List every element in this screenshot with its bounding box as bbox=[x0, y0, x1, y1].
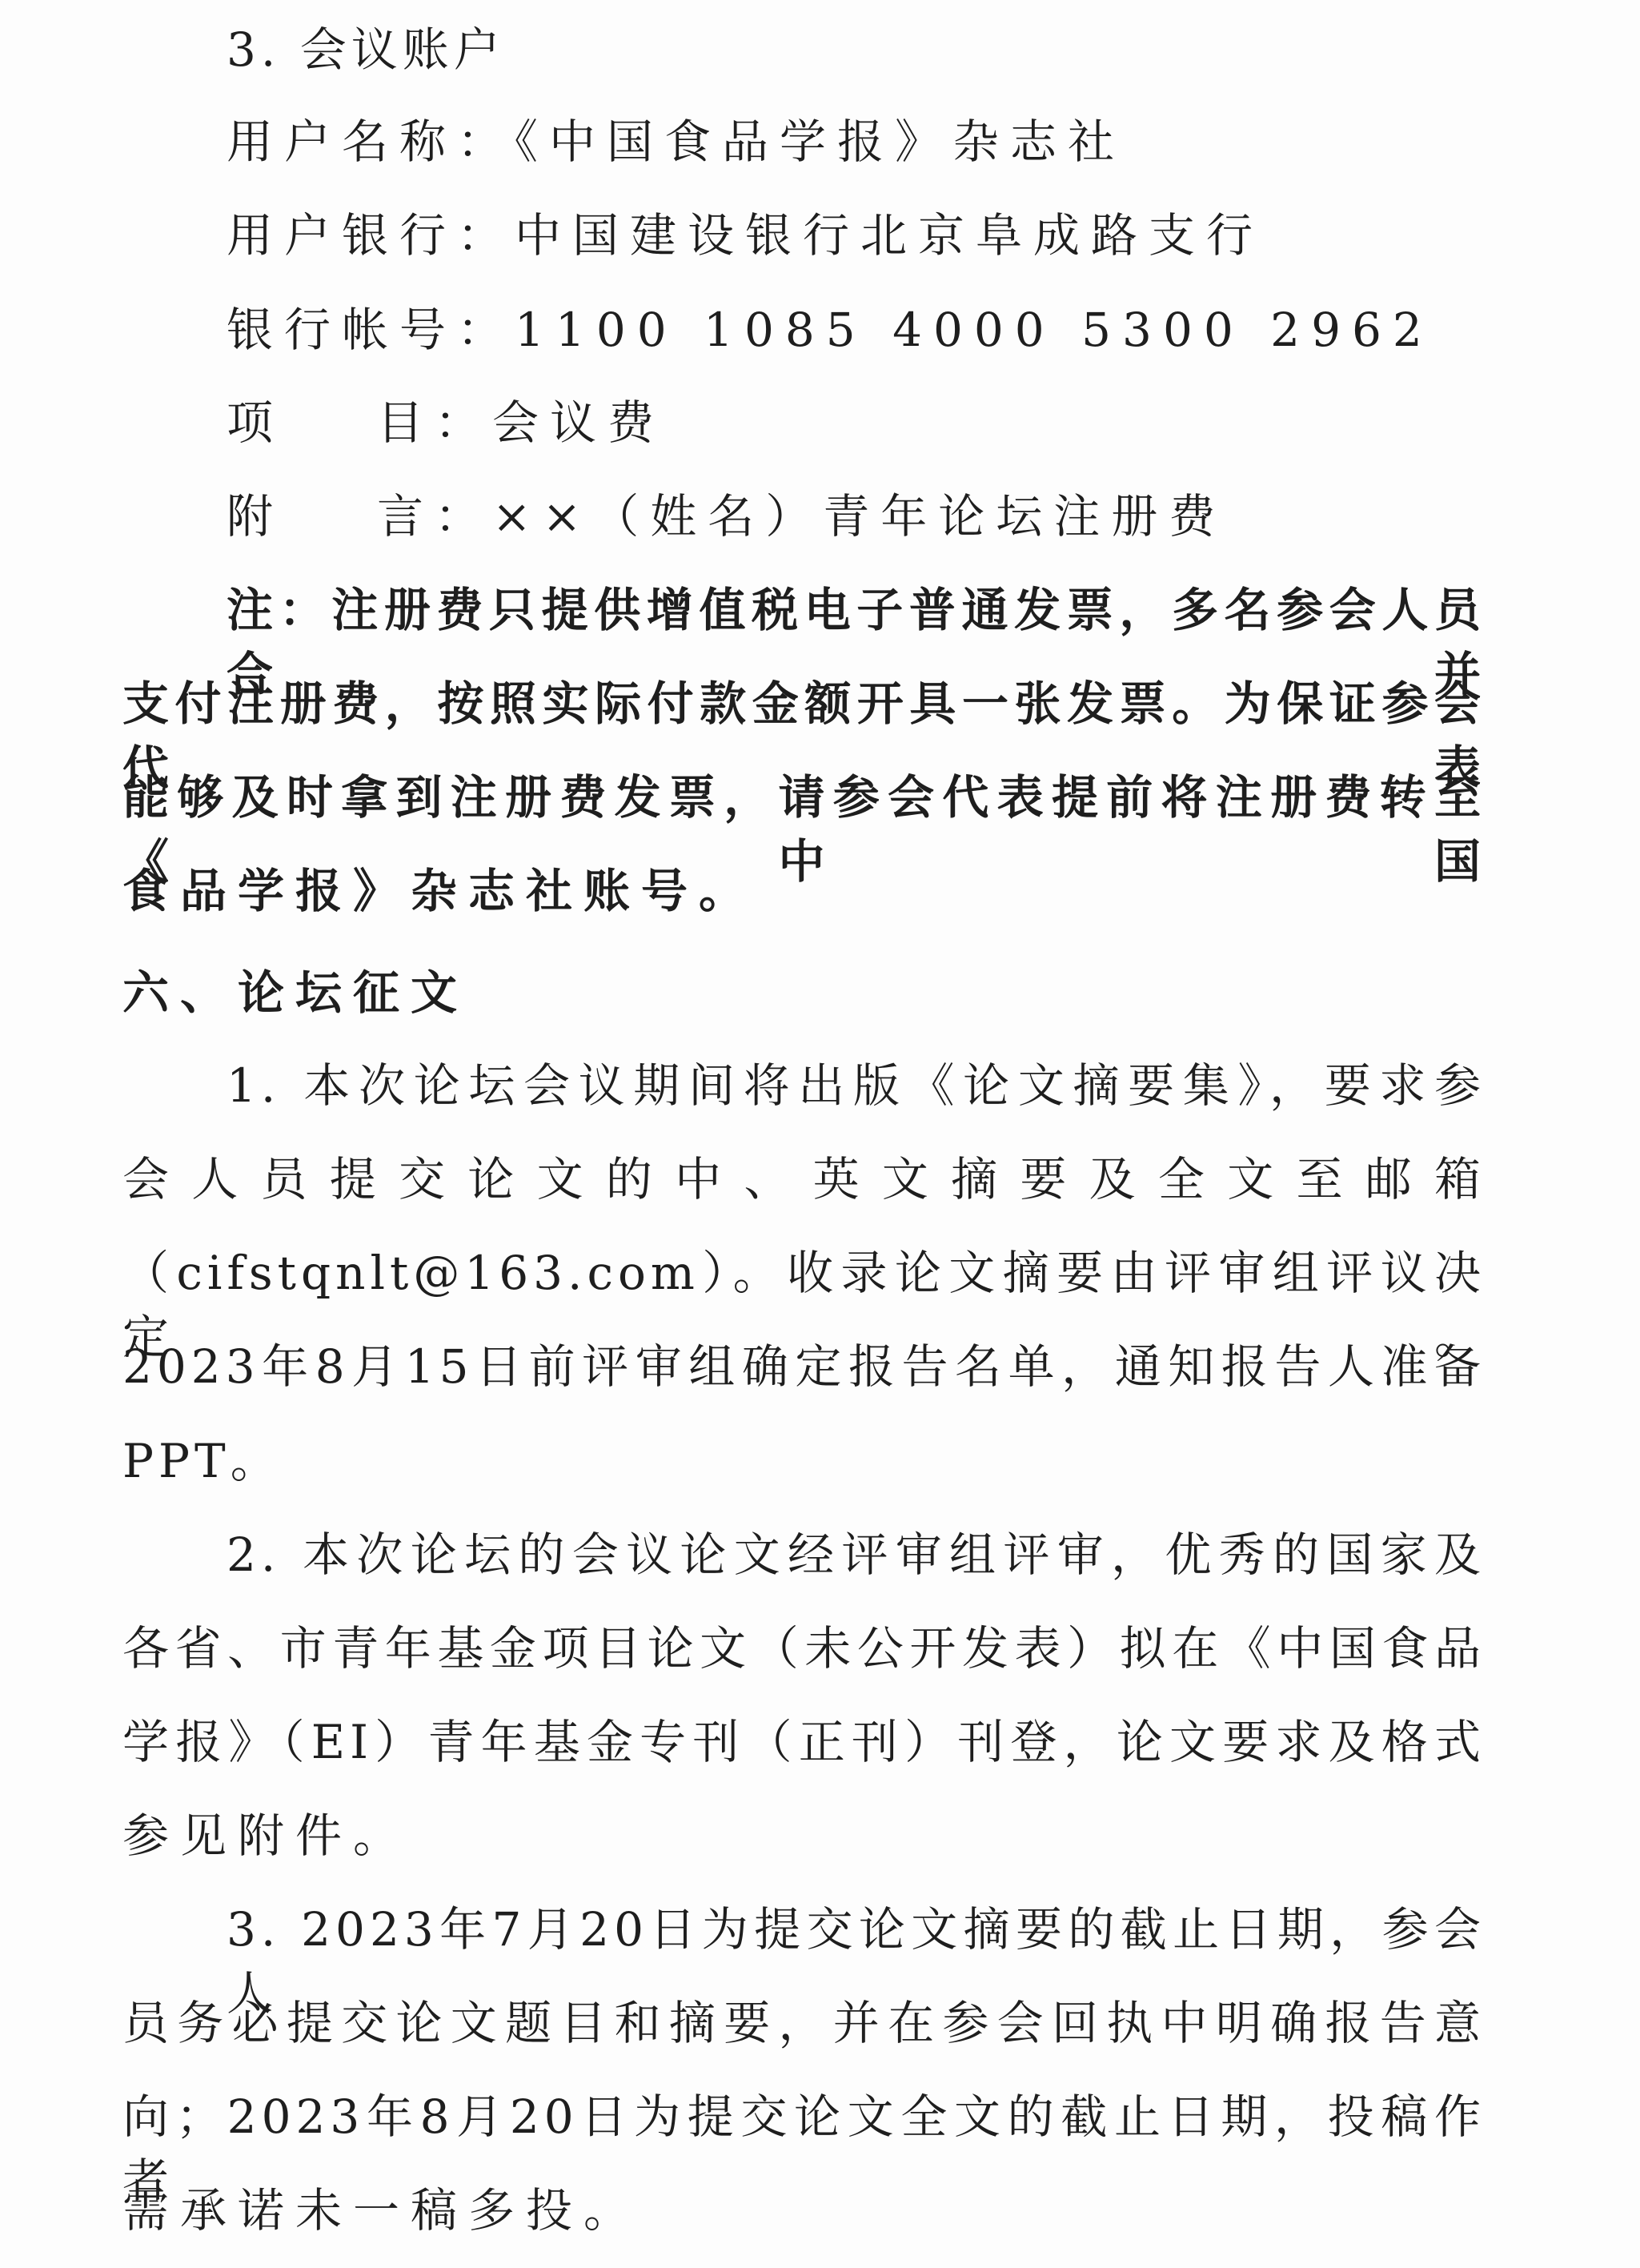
note-line-4: 食品学报》杂志社账号。 bbox=[122, 859, 1486, 923]
item3-line-2: 员务必提交论文题目和摘要，并在参会回执中明确报告意 bbox=[122, 1991, 1486, 2055]
account-number-value: 1100 1085 4000 5300 2962 bbox=[515, 303, 1433, 357]
item3-line-4: 需承诺未一稿多投。 bbox=[122, 2178, 1486, 2242]
account-name-row: 用户名称：《中国食品学报》杂志社 bbox=[227, 110, 1486, 174]
bank-label: 用户银行： bbox=[227, 208, 515, 263]
item1-line-4: 2023年8月15日前评审组确定报告名单，通知报告人准备 bbox=[122, 1335, 1486, 1399]
item2-line-1: 2. 本次论坛的会议论文经评审组评审，优秀的国家及 bbox=[227, 1523, 1486, 1587]
remark-row: 附言：××（姓名）青年论坛注册费 bbox=[227, 484, 1486, 548]
account-name-value: 《中国食品学报》杂志社 bbox=[515, 114, 1125, 169]
item2-line-3: 学报》（EI）青年基金专刊（正刊）刊登，论文要求及格式 bbox=[122, 1710, 1486, 1774]
account-heading: 3. 会议账户 bbox=[227, 18, 1486, 82]
item-row: 项目：会议费 bbox=[227, 391, 1486, 455]
account-number-label: 银行帐号： bbox=[227, 303, 515, 357]
item-value: 会议费 bbox=[492, 395, 665, 450]
bank-row: 用户银行：中国建设银行北京阜成路支行 bbox=[227, 203, 1486, 267]
bank-value: 中国建设银行北京阜成路支行 bbox=[515, 208, 1264, 263]
account-name-label: 用户名称： bbox=[227, 114, 515, 169]
item2-line-2: 各省、市青年基金项目论文（未公开发表）拟在《中国食品 bbox=[122, 1616, 1486, 1680]
item2-line-4: 参见附件。 bbox=[122, 1804, 1486, 1868]
remark-value: ××（姓名）青年论坛注册费 bbox=[492, 489, 1226, 544]
remark-label-a: 附 bbox=[227, 489, 284, 544]
item-label-a: 项 bbox=[227, 395, 284, 450]
item1-line-1: 1. 本次论坛会议期间将出版《论文摘要集》，要求参 bbox=[227, 1054, 1486, 1118]
remark-label-b: 言： bbox=[377, 489, 492, 544]
item-label-b: 目： bbox=[377, 395, 492, 450]
item1-line-2: 会人员提交论文的中、英文摘要及全文至邮箱 bbox=[122, 1147, 1486, 1211]
document-page: 3. 会议账户 用户名称：《中国食品学报》杂志社 用户银行：中国建设银行北京阜成… bbox=[0, 0, 1640, 2268]
section-six-title: 六、论坛征文 bbox=[122, 961, 1486, 1025]
account-number-row: 银行帐号：1100 1085 4000 5300 2962 bbox=[227, 298, 1486, 362]
item1-line-5: PPT。 bbox=[122, 1429, 1486, 1493]
